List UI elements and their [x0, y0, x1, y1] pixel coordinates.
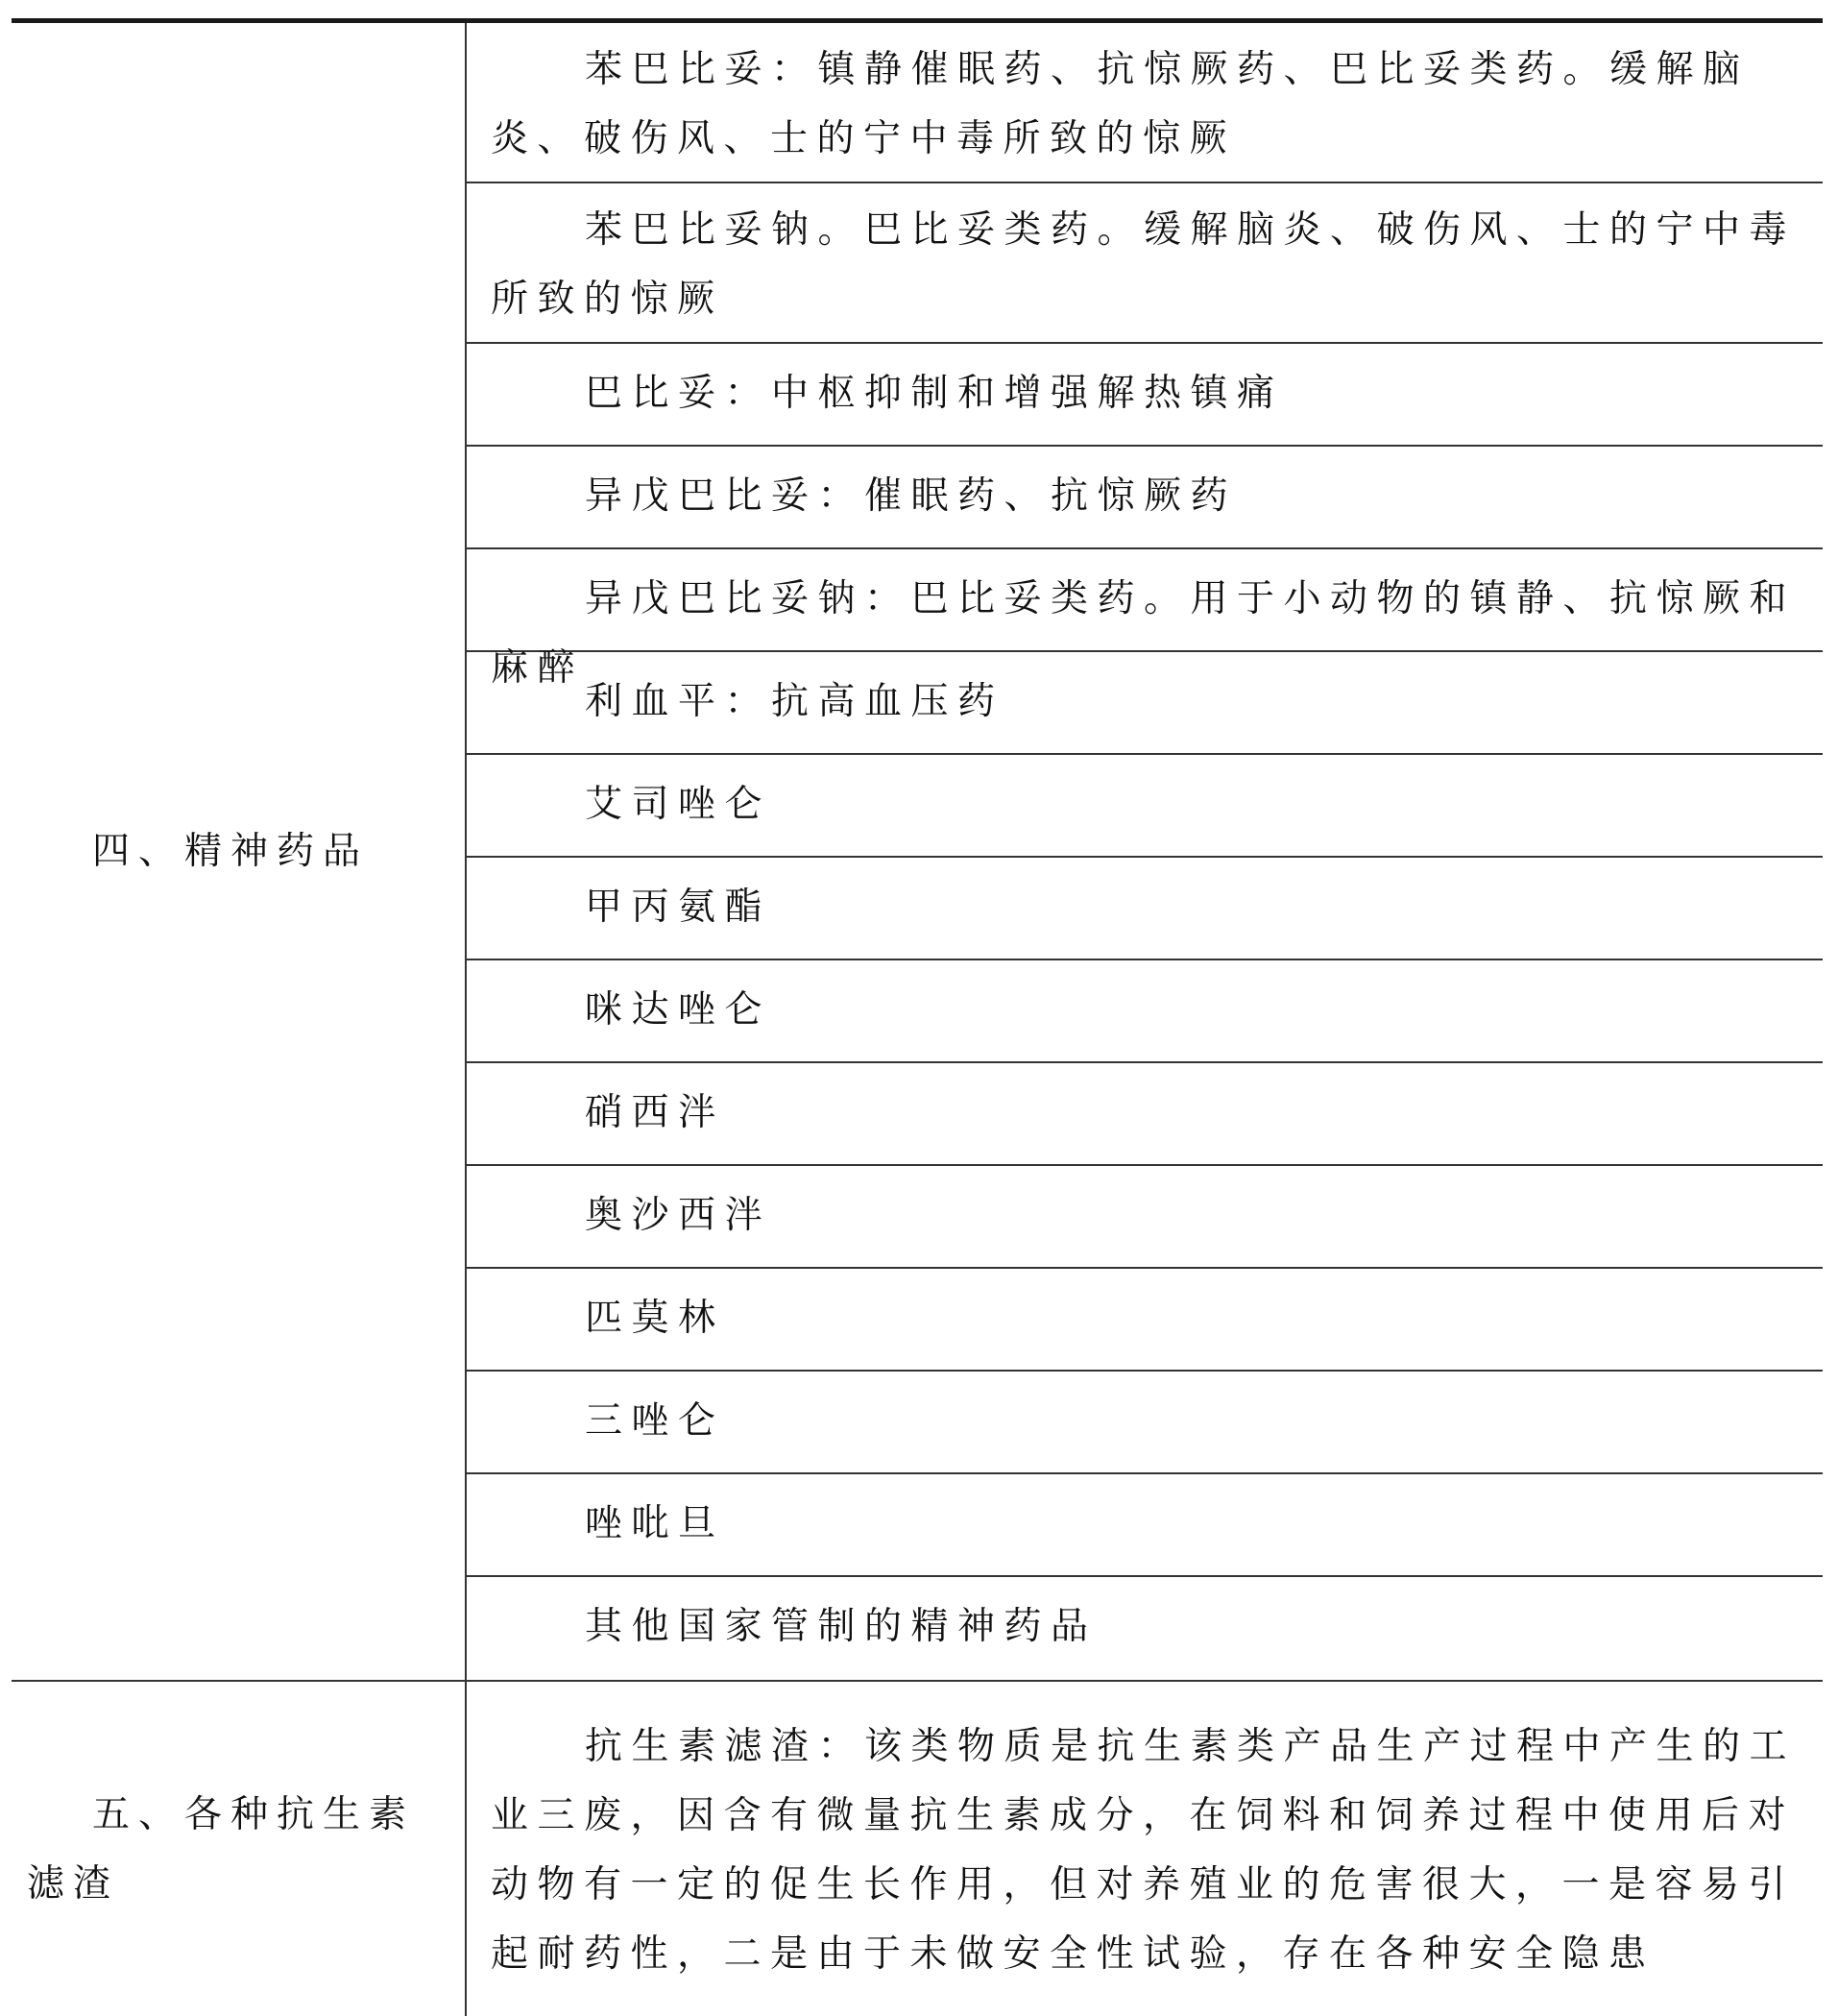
- table-row: 抗生素滤渣：该类物质是抗生素类产品生产过程中产生的工业三废，因含有微量抗生素成分…: [467, 1682, 1823, 2016]
- table-row: 艾司唑仑: [467, 755, 1823, 858]
- category-label: 四、精神药品: [27, 817, 369, 887]
- table-row: 匹莫林: [467, 1269, 1823, 1372]
- table-row: 巴比妥：中枢抑制和增强解热镇痛: [467, 344, 1823, 447]
- table-row: 其他国家管制的精神药品: [467, 1577, 1823, 1680]
- category-cell: 四、精神药品: [12, 23, 467, 1680]
- table-row: 甲丙氨酯: [467, 858, 1823, 960]
- table-row: 奥沙西泮: [467, 1166, 1823, 1269]
- table-group-psychotropic: 四、精神药品 苯巴比妥：镇静催眠药、抗惊厥药、巴比妥类药。缓解脑炎、破伤风、士的…: [12, 23, 1823, 1682]
- category-label: 五、各种抗生素滤渣: [27, 1781, 451, 1919]
- table-row: 唑吡旦: [467, 1474, 1823, 1577]
- drug-table: 四、精神药品 苯巴比妥：镇静催眠药、抗惊厥药、巴比妥类药。缓解脑炎、破伤风、士的…: [12, 18, 1823, 2016]
- table-group-antibiotic-residue: 五、各种抗生素滤渣 抗生素滤渣：该类物质是抗生素类产品生产过程中产生的工业三废，…: [12, 1682, 1823, 2016]
- category-cell: 五、各种抗生素滤渣: [12, 1682, 467, 2016]
- items-column: 苯巴比妥：镇静催眠药、抗惊厥药、巴比妥类药。缓解脑炎、破伤风、士的宁中毒所致的惊…: [467, 23, 1823, 1680]
- items-column: 抗生素滤渣：该类物质是抗生素类产品生产过程中产生的工业三废，因含有微量抗生素成分…: [467, 1682, 1823, 2016]
- table-row: 异戊巴比妥：催眠药、抗惊厥药: [467, 447, 1823, 549]
- table-row: 硝西泮: [467, 1063, 1823, 1166]
- table-row: 利血平：抗高血压药: [467, 652, 1823, 755]
- table-row: 苯巴比妥钠。巴比妥类药。缓解脑炎、破伤风、士的宁中毒所致的惊厥: [467, 183, 1823, 344]
- table-row: 苯巴比妥：镇静催眠药、抗惊厥药、巴比妥类药。缓解脑炎、破伤风、士的宁中毒所致的惊…: [467, 23, 1823, 183]
- table-row: 咪达唑仑: [467, 960, 1823, 1063]
- table-row: 异戊巴比妥钠：巴比妥类药。用于小动物的镇静、抗惊厥和麻醉: [467, 549, 1823, 652]
- table-row: 三唑仑: [467, 1372, 1823, 1474]
